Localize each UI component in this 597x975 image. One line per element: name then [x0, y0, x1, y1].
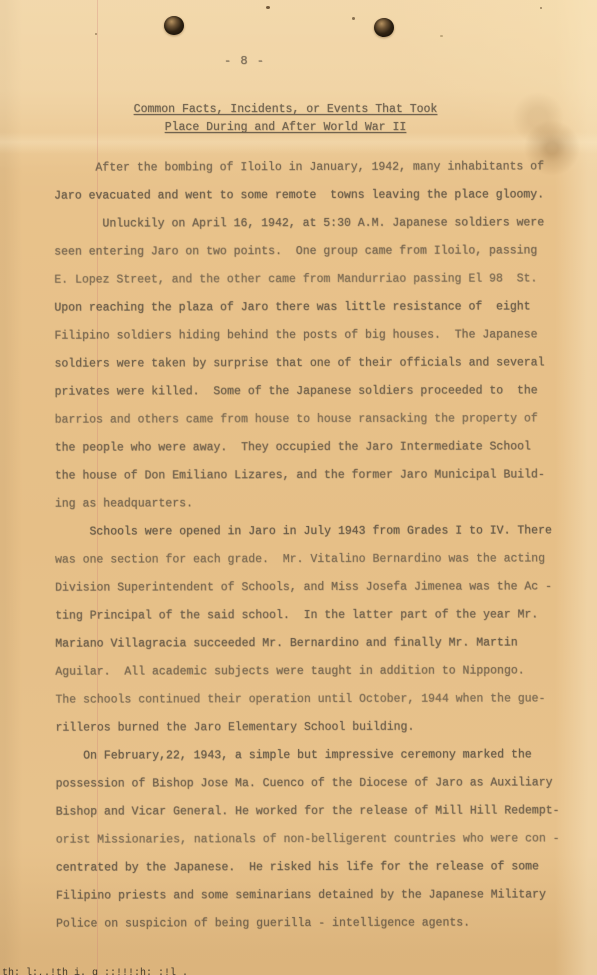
text-line: possession of Bishop Jose Ma. Cuenco of …	[56, 769, 561, 798]
punch-hole-right	[374, 18, 394, 37]
text-line: Police on suspicion of being guerilla - …	[56, 909, 561, 938]
section-heading: Common Facts, Incidents, or Events That …	[0, 101, 597, 137]
text-line: was one section for each grade. Mr. Vita…	[55, 545, 560, 574]
text-line: Aguilar. All academic subjects were taug…	[55, 657, 560, 686]
text-line: On February,22, 1943, a simple but impre…	[56, 741, 561, 770]
text-line: Bishop and Vicar General. He worked for …	[56, 797, 561, 826]
text-line: privates were killed. Some of the Japane…	[55, 377, 560, 406]
text-line: Mariano Villagracia succeeded Mr. Bernar…	[55, 629, 560, 658]
paper-speck	[540, 7, 542, 9]
text-line: ting Principal of the said school. In th…	[55, 601, 560, 630]
heading-line-1: Common Facts, Incidents, or Events That …	[0, 101, 571, 119]
text-line: Unluckily on April 16, 1942, at 5:30 A.M…	[54, 209, 559, 238]
text-line: seen entering Jaro on two points. One gr…	[54, 237, 559, 266]
text-line: Filipino priests and some seminarians de…	[56, 881, 561, 910]
paper-speck	[266, 6, 270, 9]
text-line: After the bombing of Iloilo in January, …	[54, 153, 559, 182]
text-line: the people who were away. They occupied …	[55, 433, 560, 462]
punch-hole-left	[164, 16, 184, 35]
text-line: the house of Don Emiliano Lizares, and t…	[55, 461, 560, 490]
text-line: Division Superintendent of Schools, and …	[55, 573, 560, 602]
text-line: rilleros burned the Jaro Elementary Scho…	[55, 713, 560, 742]
paper-speck	[440, 35, 443, 37]
text-line: barrios and others came from house to ho…	[55, 405, 560, 434]
text-line: centrated by the Japanese. He risked his…	[56, 853, 561, 882]
text-line: Schools were opened in Jaro in July 1943…	[55, 517, 560, 546]
heading-line-2: Place During and After World War II	[0, 119, 571, 137]
text-line: E. Lopez Street, and the other came from…	[54, 265, 559, 294]
text-line: ing as headquarters.	[55, 489, 560, 518]
document-page: - 8 - Common Facts, Incidents, or Events…	[0, 0, 597, 975]
paper-speck	[352, 17, 355, 20]
cut-off-text-fragment: th: l:,.!th i. g ::!!!:h: :!l .	[2, 967, 242, 975]
text-line: Upon reaching the plaza of Jaro there wa…	[54, 293, 559, 322]
page-number: - 8 -	[224, 54, 265, 68]
text-line: soldiers were taken by surprise that one…	[54, 349, 559, 378]
text-line: orist Missionaries, nationals of non-bel…	[56, 825, 561, 854]
document-body: After the bombing of Iloilo in January, …	[54, 153, 561, 938]
text-line: Jaro evacuated and went to some remote t…	[54, 181, 559, 210]
text-line: Filipino soldiers hiding behind the post…	[54, 321, 559, 350]
text-line: The schools continued their operation un…	[55, 685, 560, 714]
